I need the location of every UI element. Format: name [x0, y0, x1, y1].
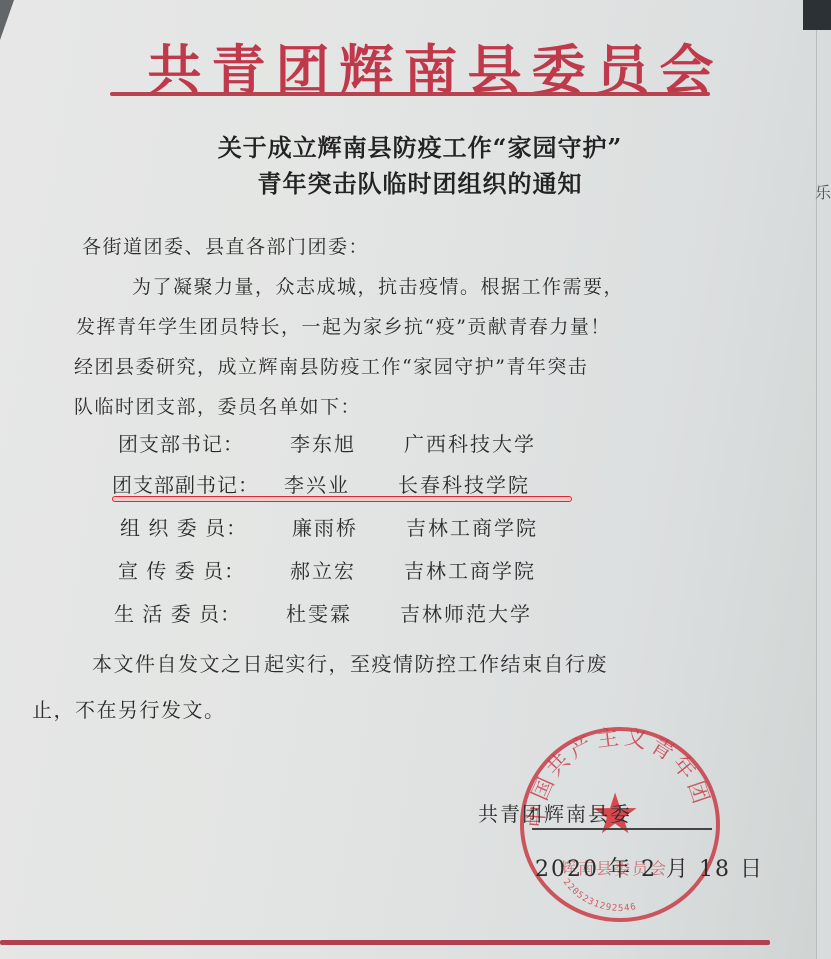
paragraph2-line: 本文件自发文之日起实行，至疫情防控工作结束自行废	[92, 648, 608, 677]
member-row-highlighted: 团支部副书记：李兴业长春科技学院	[112, 469, 530, 498]
member-row: 团支部书记：李东旭广西科技大学	[118, 428, 536, 457]
salutation: 各街道团委、县直各部门团委：	[82, 232, 369, 259]
paragraph2-line: 止，不在另行发文。	[32, 694, 226, 723]
member-row: 宣 传 委 员：郝立宏吉林工商学院	[118, 555, 536, 584]
member-name: 李东旭	[290, 428, 404, 457]
partial-edge-text: 乐	[815, 180, 831, 203]
member-name: 廉雨桥	[292, 512, 406, 541]
footer-rule	[0, 940, 770, 945]
member-role: 生 活 委 员：	[114, 598, 286, 627]
member-school: 吉林工商学院	[404, 555, 536, 584]
member-name: 郝立宏	[290, 555, 404, 584]
paragraph1-line: 队临时团支部，委员名单如下：	[74, 392, 361, 419]
document-title-line-1: 关于成立辉南县防疫工作“家园守护”	[60, 128, 780, 163]
member-name: 李兴业	[284, 469, 398, 498]
member-role: 团支部书记：	[118, 428, 290, 457]
paragraph1-line: 为了凝聚力量，众志成城，抗击疫情。根据工作需要，	[132, 272, 624, 299]
member-school: 吉林师范大学	[400, 598, 532, 627]
member-role: 组 织 委 员：	[120, 512, 292, 541]
paragraph1-line: 经团县委研究，成立辉南县防疫工作“家园守护”青年突击	[74, 352, 588, 379]
member-role: 宣 传 委 员：	[118, 555, 290, 584]
member-school: 长春科技学院	[398, 469, 530, 498]
signature-strike-line	[532, 828, 712, 830]
member-role: 团支部副书记：	[112, 469, 284, 498]
document-page: 乐 共青团辉南县委员会 关于成立辉南县防疫工作“家园守护” 青年突击队临时团组织…	[0, 0, 831, 959]
member-row: 组 织 委 员：廉雨桥吉林工商学院	[120, 512, 538, 541]
document-title-line-2: 青年突击队临时团组织的通知	[60, 164, 780, 199]
member-school: 广西科技大学	[404, 428, 536, 457]
member-row: 生 活 委 员：杜雯霖吉林师范大学	[114, 598, 532, 627]
red-highlight-underline	[112, 496, 572, 502]
member-school: 吉林工商学院	[406, 512, 538, 541]
signature-organization: 共青团辉南县委	[478, 798, 632, 827]
letterhead-rule	[110, 92, 710, 96]
background-corner	[803, 0, 831, 30]
paragraph1-line: 发挥青年学生团员特长，一起为家乡抗“疫”贡献青春力量！	[76, 312, 611, 339]
underlying-sheet-edge: 乐	[816, 30, 831, 959]
document-date: 2020 年 2 月 18 日	[535, 852, 764, 883]
member-name: 杜雯霖	[286, 598, 400, 627]
